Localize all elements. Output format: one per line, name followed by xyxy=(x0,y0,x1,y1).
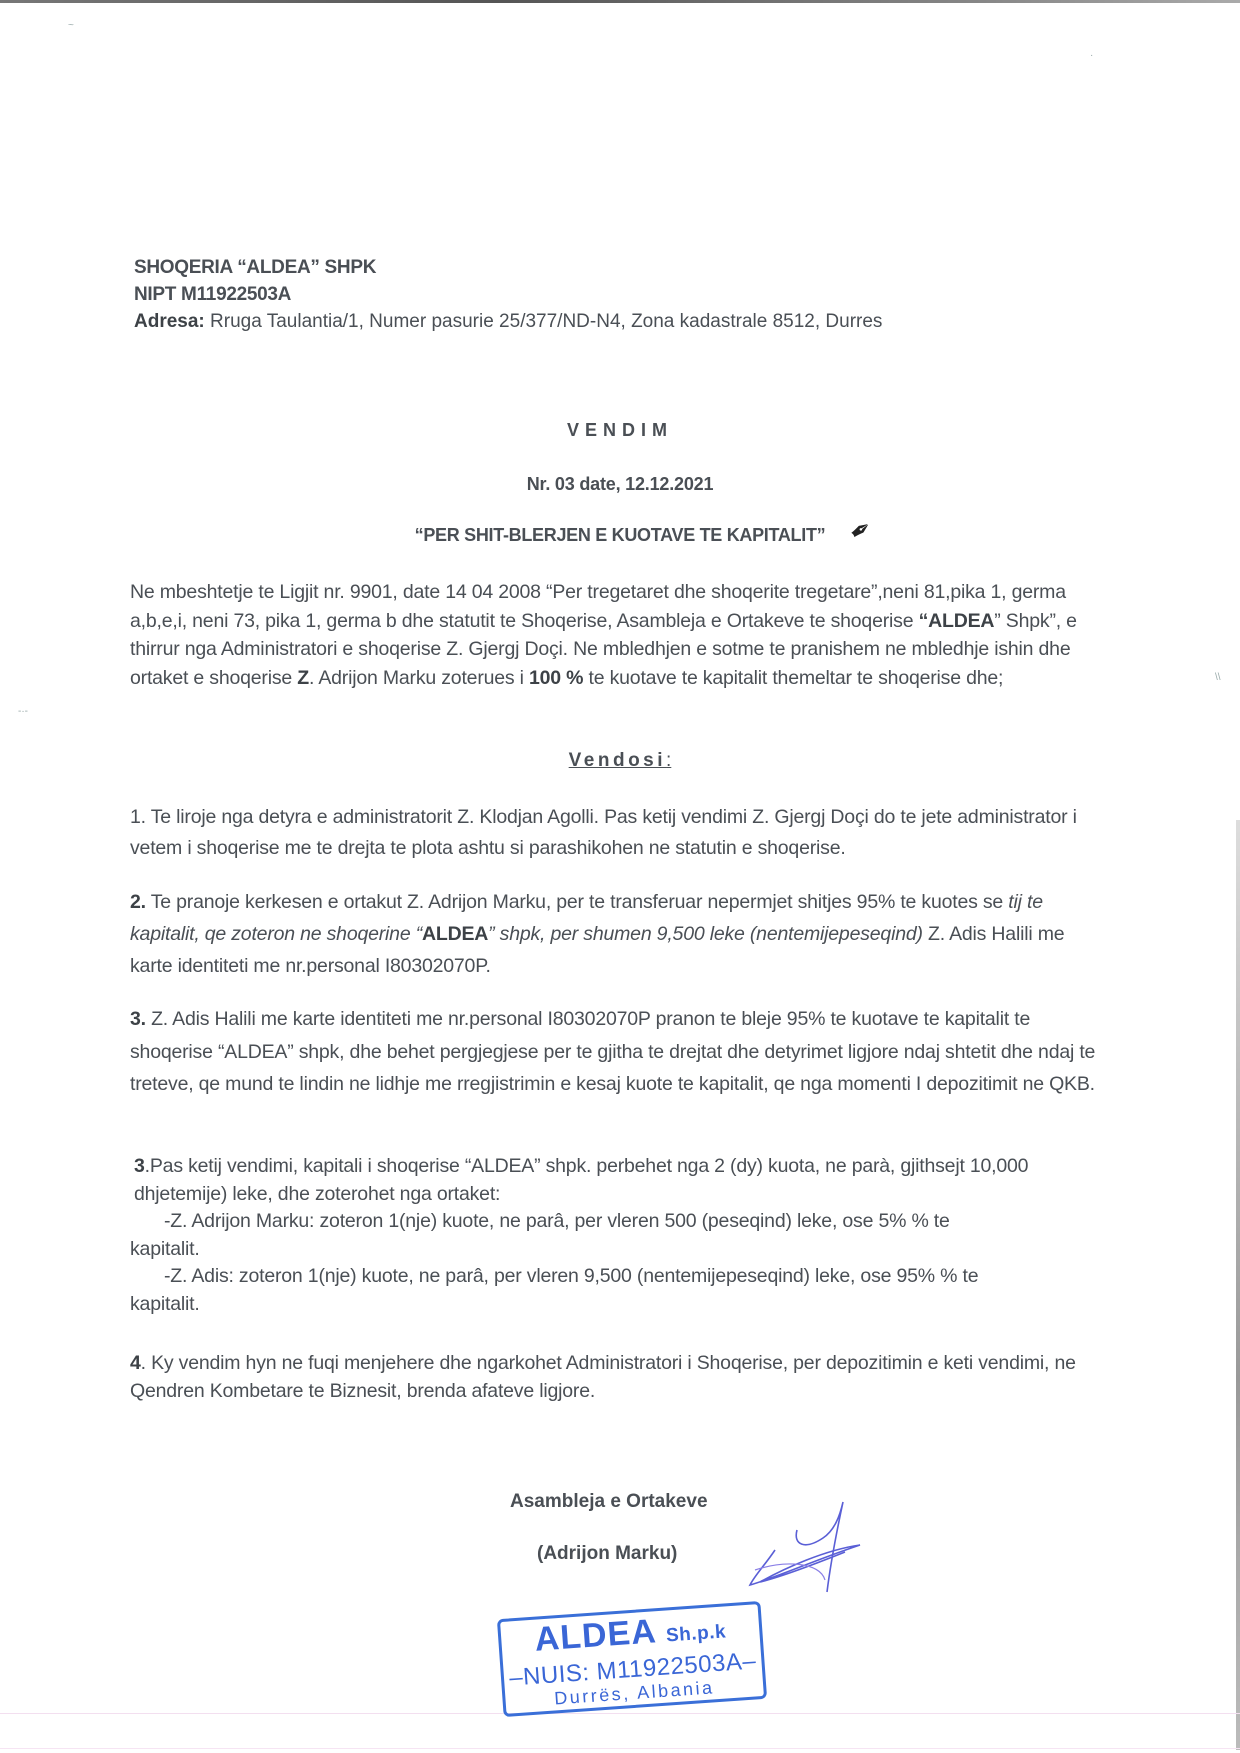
decision-point-3: 3. Z. Adis Halili me karte identiteti me… xyxy=(130,1003,1105,1101)
decision-point-1: 1. Te liroje nga detyra e administratori… xyxy=(130,802,1105,864)
shareholder-item-cont: kapitalit. xyxy=(130,1291,1105,1319)
address-label: Adresa: xyxy=(134,311,205,332)
company-stamp: ALDEA Sh.p.k –NUIS: M11922503A– Durrës, … xyxy=(497,1601,767,1717)
stamp-name: ALDEA xyxy=(533,1612,656,1658)
decision-point-4: 4. Ky vendim hyn ne fuqi menjehere dhe n… xyxy=(130,1349,1105,1405)
point-text: Z. Adis Halili me karte identiteti me nr… xyxy=(130,1008,1095,1095)
intro-text: . Adrijon Marku zoterues i xyxy=(309,667,529,689)
scan-speck: ~ xyxy=(68,20,74,31)
address-value: Rruga Taulantia/1, Numer pasurie 25/377/… xyxy=(205,311,883,332)
point-text: Te pranoje kerkesen e ortakut Z. Adrijon… xyxy=(146,891,1008,913)
intro-text: te kuotave te kapitalit themeltar te sho… xyxy=(583,667,1003,689)
shareholder-item-cont: kapitalit. xyxy=(130,1236,1105,1264)
decision-heading-label: Vendosi xyxy=(569,750,666,771)
intro-percent-bold: 100 % xyxy=(529,667,583,689)
point-number: 2. xyxy=(130,891,146,913)
scan-speck: -·- xyxy=(18,706,28,717)
shareholder-item: -Z. Adrijon Marku: zoteron 1(nje) kuote,… xyxy=(130,1208,1105,1236)
scan-top-border xyxy=(0,0,1240,3)
intro-paragraph: Ne mbeshtetje te Ligjit nr. 9901, date 1… xyxy=(130,578,1105,692)
decision-heading-colon: : xyxy=(666,750,671,771)
scan-artifact-line xyxy=(0,1748,1240,1749)
signatory-name: (Adrijon Marku) xyxy=(537,1543,677,1565)
point-text-italic: ” shpk, per shumen 9,500 leke (nentemije… xyxy=(488,923,923,945)
document-number-date: Nr. 03 date, 12.12.2021 xyxy=(0,474,1240,495)
document-title: VENDIM xyxy=(0,420,1240,441)
document-subject: “PER SHIT-BLERJEN E KUOTAVE TE KAPITALIT… xyxy=(0,525,1240,546)
stamp-suffix: Sh.p.k xyxy=(665,1621,726,1646)
company-nipt: NIPT M11922503A xyxy=(134,281,882,308)
shareholder-item: -Z. Adis: zoteron 1(nje) kuote, ne parâ,… xyxy=(130,1263,1105,1291)
point-text: .Pas ketij vendimi, kapitali i shoqerise… xyxy=(134,1155,1028,1205)
decision-point-3-capital: 3.Pas ketij vendimi, kapitali i shoqeris… xyxy=(130,1153,1105,1318)
company-name: SHOQERIA “ALDEA” SHPK xyxy=(134,254,882,281)
point-number: 4 xyxy=(130,1352,141,1374)
scan-speck: · xyxy=(1090,50,1093,61)
company-header: SHOQERIA “ALDEA” SHPK NIPT M11922503A Ad… xyxy=(134,254,882,335)
point-company-bold: ALDEA xyxy=(422,923,488,945)
point-number: 3 xyxy=(134,1155,145,1177)
scan-speck: \\ xyxy=(1215,672,1221,683)
handwritten-signature-icon xyxy=(735,1490,865,1595)
point-number: 3. xyxy=(130,1008,146,1030)
point-text: . Ky vendim hyn ne fuqi menjehere dhe ng… xyxy=(130,1352,1076,1402)
decision-heading: Vendosi: xyxy=(0,750,1240,772)
scan-right-edge xyxy=(1236,820,1240,1750)
signatory-title: Asambleja e Ortakeve xyxy=(510,1491,708,1513)
scan-artifact-line xyxy=(0,1713,1240,1714)
company-address: Adresa: Rruga Taulantia/1, Numer pasurie… xyxy=(134,308,882,335)
decision-point-2: 2. Te pranoje kerkesen e ortakut Z. Adri… xyxy=(130,886,1105,982)
intro-z-bold: Z xyxy=(297,667,309,689)
intro-company-bold: “ALDEA xyxy=(919,610,995,632)
